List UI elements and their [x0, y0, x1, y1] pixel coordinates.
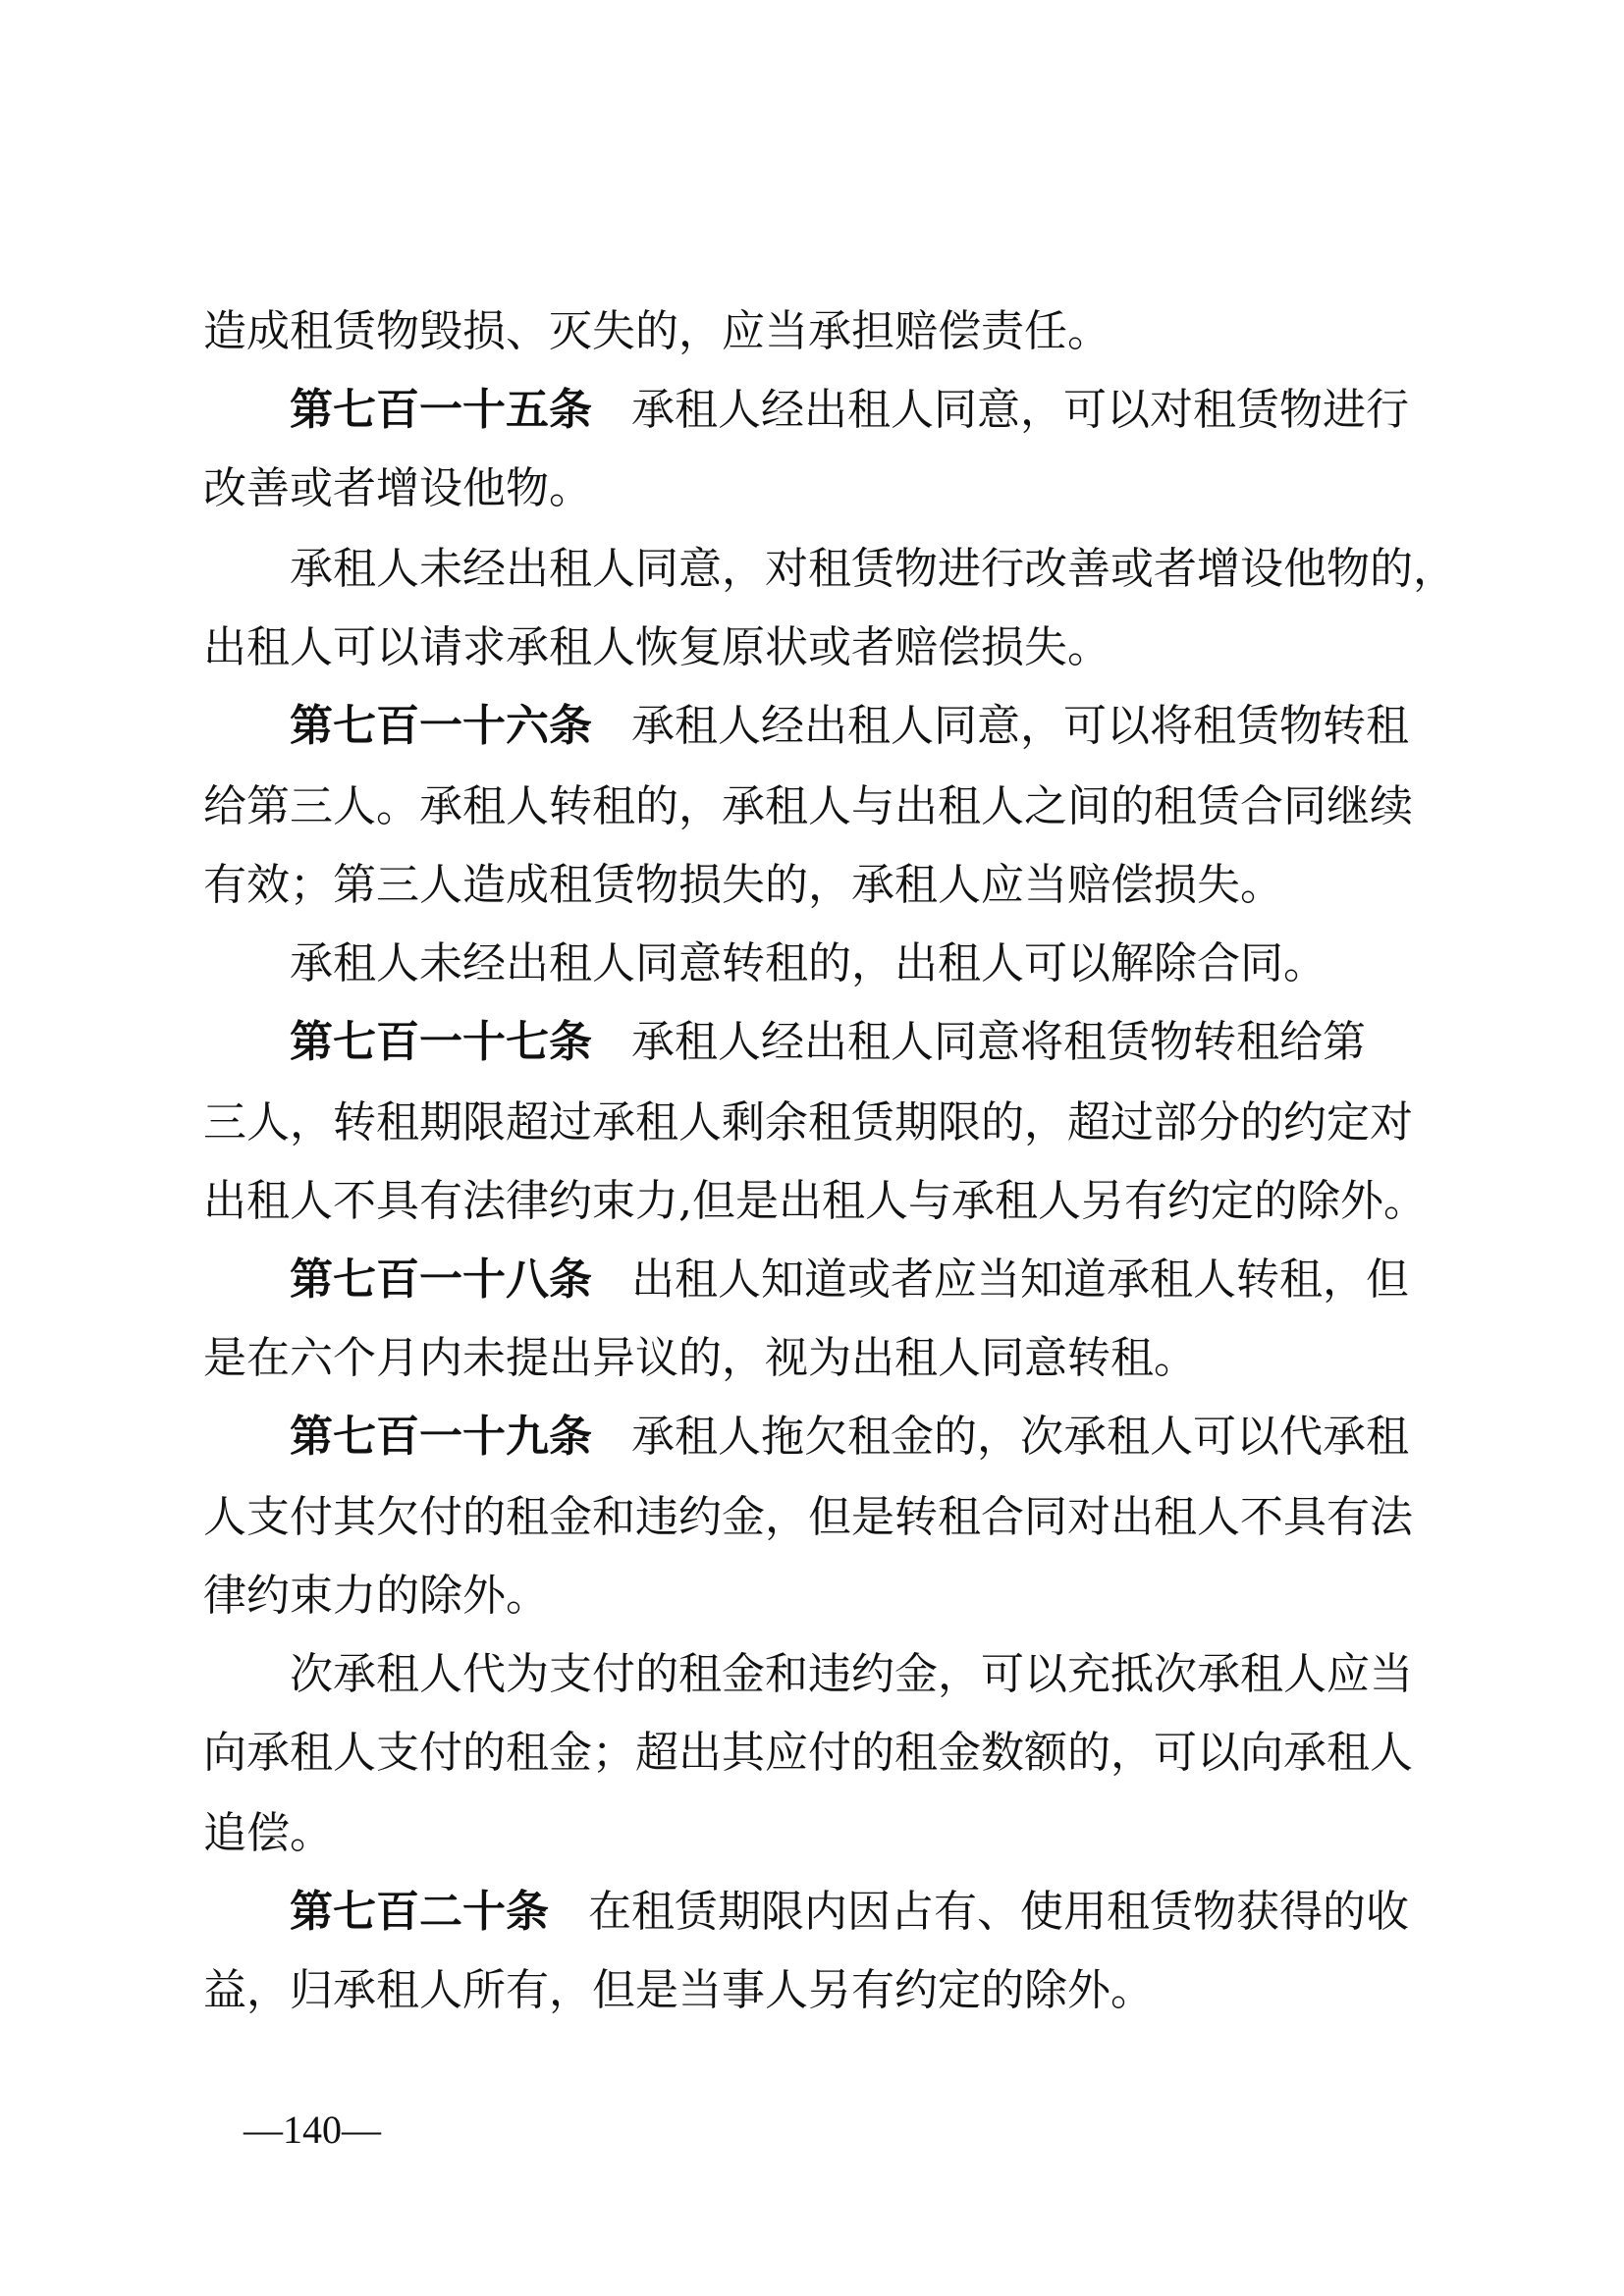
line-text: 出租人可以请求承租人恢复原状或者赔偿损失。	[203, 622, 1110, 672]
line-text: 承租人未经出租人同意转租的，出租人可以解除合同。	[290, 938, 1326, 988]
text-line: 三人，转租期限超过承租人剩余租赁期限的，超过部分的约定对	[203, 1084, 1480, 1162]
article-line: 第七百一十八条出租人知道或者应当知道承租人转租，但	[290, 1241, 1566, 1319]
line-text: 是在六个月内未提出异议的，视为出租人同意转租。	[203, 1333, 1197, 1383]
line-text: 向承租人支付的租金；超出其应付的租金数额的，可以向承租人	[203, 1728, 1413, 1778]
article-line: 第七百一十九条承租人拖欠租金的，次承租人可以代承租	[290, 1398, 1566, 1476]
line-text: 出租人不具有法律约束力,但是出租人与承租人另有约定的除外。	[203, 1176, 1427, 1226]
line-text: 有效；第三人造成租赁物损失的，承租人应当赔偿损失。	[203, 860, 1283, 910]
line-text: 律约束力的除外。	[203, 1571, 549, 1621]
text-line: 是在六个月内未提出异议的，视为出租人同意转租。	[203, 1319, 1480, 1398]
text-line: 改善或者增设他物。	[203, 450, 1480, 528]
line-text: 改善或者增设他物。	[203, 463, 592, 513]
text-line: 追偿。	[203, 1794, 1480, 1873]
line-text: 承租人经出租人同意，可以将租赁物转租	[631, 701, 1409, 751]
line-text: 三人，转租期限超过承租人剩余租赁期限的，超过部分的约定对	[203, 1097, 1413, 1148]
text-line: 造成租赁物毁损、灭失的，应当承担赔偿责任。	[203, 293, 1480, 371]
line-text: 追偿。	[203, 1808, 333, 1858]
text-line: 承租人未经出租人同意，对租赁物进行改善或者增设他物的，	[290, 530, 1566, 609]
line-text: 益，归承租人所有，但是当事人另有约定的除外。	[203, 1965, 1154, 2015]
text-line: 向承租人支付的租金；超出其应付的租金数额的，可以向承租人	[203, 1714, 1480, 1792]
line-text: 出租人知道或者应当知道承租人转租，但	[631, 1255, 1409, 1305]
article-heading: 第七百一十五条	[290, 385, 592, 435]
text-line: 人支付其欠付的租金和违约金，但是转租合同对出租人不具有法	[203, 1478, 1480, 1557]
line-text: 承租人未经出租人同意，对租赁物进行改善或者增设他物的，	[290, 544, 1456, 594]
article-line: 第七百一十六条承租人经出租人同意，可以将租赁物转租	[290, 687, 1566, 766]
text-line: 律约束力的除外。	[203, 1557, 1480, 1635]
text-line: 有效；第三人造成租赁物损失的，承租人应当赔偿损失。	[203, 846, 1480, 925]
document-page: 造成租赁物毁损、灭失的，应当承担赔偿责任。第七百一十五条承租人经出租人同意，可以…	[0, 0, 1624, 2296]
line-text: 在租赁期限内因占有、使用租赁物获得的收	[588, 1887, 1409, 1937]
line-text: 承租人拖欠租金的，次承租人可以代承租	[631, 1412, 1409, 1462]
text-line: 出租人可以请求承租人恢复原状或者赔偿损失。	[203, 609, 1480, 687]
line-text: 承租人经出租人同意，可以对租赁物进行	[631, 385, 1409, 435]
article-heading: 第七百一十六条	[290, 701, 592, 751]
line-text: 人支付其欠付的租金和违约金，但是转租合同对出租人不具有法	[203, 1492, 1413, 1542]
article-heading: 第七百二十条	[290, 1887, 549, 1937]
line-text: 承租人经出租人同意将租赁物转租给第	[631, 1017, 1366, 1067]
page-number: —140—	[244, 2101, 381, 2160]
line-text: 造成租赁物毁损、灭失的，应当承担赔偿责任。	[203, 306, 1110, 356]
article-line: 第七百二十条在租赁期限内因占有、使用租赁物获得的收	[290, 1873, 1566, 1951]
article-line: 第七百一十七条承租人经出租人同意将租赁物转租给第	[290, 1003, 1566, 1082]
text-line: 出租人不具有法律约束力,但是出租人与承租人另有约定的除外。	[203, 1162, 1480, 1241]
article-heading: 第七百一十九条	[290, 1412, 592, 1462]
article-line: 第七百一十五条承租人经出租人同意，可以对租赁物进行	[290, 371, 1566, 450]
line-text: 给第三人。承租人转租的，承租人与出租人之间的租赁合同继续	[203, 781, 1413, 831]
text-line: 次承租人代为支付的租金和违约金，可以充抵次承租人应当	[290, 1635, 1566, 1714]
line-text: 次承租人代为支付的租金和违约金，可以充抵次承租人应当	[290, 1649, 1413, 1699]
article-heading: 第七百一十七条	[290, 1017, 592, 1067]
text-line: 益，归承租人所有，但是当事人另有约定的除外。	[203, 1951, 1480, 2030]
article-heading: 第七百一十八条	[290, 1255, 592, 1305]
text-line: 承租人未经出租人同意转租的，出租人可以解除合同。	[290, 925, 1566, 1003]
text-line: 给第三人。承租人转租的，承租人与出租人之间的租赁合同继续	[203, 768, 1480, 846]
